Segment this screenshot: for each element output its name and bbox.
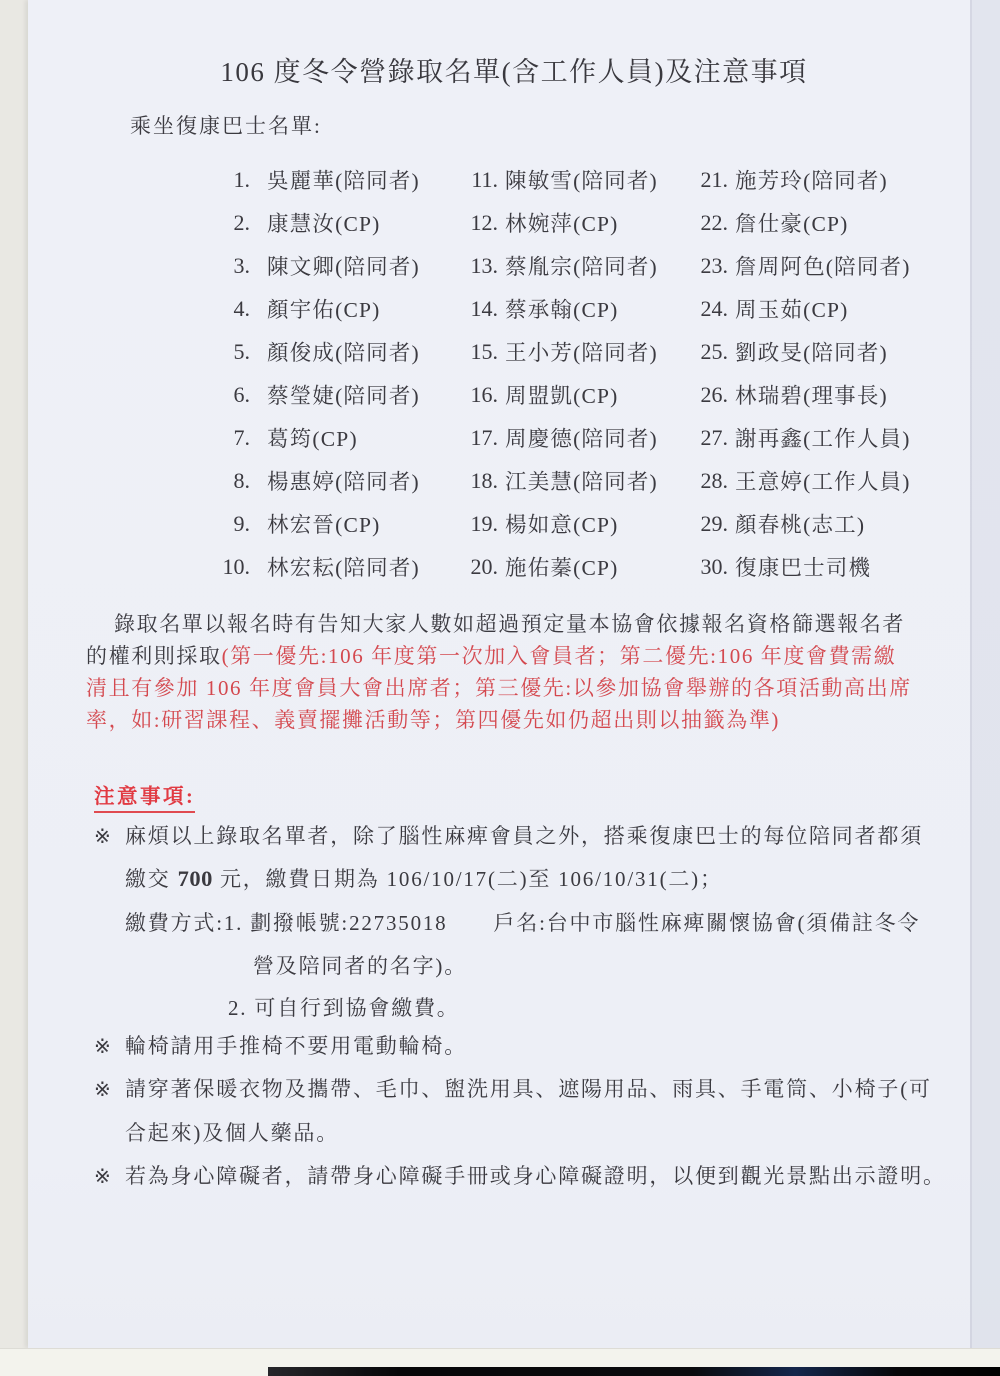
note-disability-id: ※若為身心障礙者，請帶身心障礙手冊或身心障礙證明，以便到觀光景點出示證明。: [94, 1162, 946, 1191]
roster-entry-name: 王意婷(工作人員): [735, 465, 911, 496]
roster-entry: 18. 江美慧(陪同者): [468, 459, 658, 502]
roster-entry-number: 11.: [468, 167, 498, 193]
roster-entry-number: 5.: [218, 339, 250, 365]
roster-entry: 7. 葛筠(CP): [218, 416, 420, 459]
note-fee-line-2: 繳交 700 元，繳費日期為 106/10/17(二)至 106/10/31(二…: [125, 865, 723, 893]
roster-entry-number: 28.: [698, 468, 728, 494]
roster-entry: 13. 蔡胤宗(陪同者): [468, 244, 658, 287]
roster-entry-name: 陳文卿(陪同者): [267, 250, 420, 281]
roster-entry-number: 21.: [698, 167, 728, 193]
admission-line-2: 的權利則採取(第一優先:106 年度第一次加入會員者；第二優先:106 年度會費…: [86, 640, 958, 672]
roster-entry: 21. 施芳玲(陪同者): [698, 158, 911, 201]
roster-entry-number: 14.: [468, 296, 498, 322]
roster-entry-name: 蔡瑩婕(陪同者): [267, 379, 420, 410]
roster-entry-name: 周慶德(陪同者): [505, 422, 658, 453]
roster-entry-name: 王小芳(陪同者): [505, 336, 658, 367]
roster-entry: 25. 劉政旻(陪同者): [698, 330, 911, 373]
note-fee: ※麻煩以上錄取名單者，除了腦性麻痺會員之外，搭乘復康巴士的每位陪同者都須: [94, 822, 923, 851]
note-fee-line-1: 麻煩以上錄取名單者，除了腦性麻痺會員之外，搭乘復康巴士的每位陪同者都須: [125, 824, 923, 848]
roster-entry-name: 復康巴士司機: [735, 551, 871, 582]
roster-entry: 9. 林宏晉(CP): [218, 502, 420, 545]
roster-entry-number: 12.: [468, 210, 498, 236]
roster-entry-number: 3.: [218, 253, 250, 279]
note-wheelchair: ※輪椅請用手推椅不要用電動輪椅。: [94, 1032, 467, 1061]
roster-entry: 2. 康慧汝(CP): [218, 201, 420, 244]
roster-entry: 22. 詹仕豪(CP): [698, 201, 911, 244]
roster-entry-number: 13.: [468, 253, 498, 279]
roster-entry-number: 15.: [468, 339, 498, 365]
roster-entry-number: 29.: [698, 511, 728, 537]
roster-entry-number: 7.: [218, 425, 250, 451]
roster-entry-name: 施佑蓁(CP): [505, 551, 619, 582]
admission-line-2-red: (第一優先:106 年度第一次加入會員者；第二優先:106 年度會費需繳: [222, 644, 897, 668]
roster-entry-name: 林宏晉(CP): [267, 508, 381, 539]
roster-entry: 14. 蔡承翰(CP): [468, 287, 658, 330]
roster-entry: 20. 施佑蓁(CP): [468, 545, 658, 588]
roster-entry: 23. 詹周阿色(陪同者): [698, 244, 911, 287]
reference-mark-icon: ※: [94, 823, 118, 851]
roster-entry-number: 24.: [698, 296, 728, 322]
roster-entry: 29. 顏春桃(志工): [698, 502, 911, 545]
roster-entry-number: 16.: [468, 382, 498, 408]
roster-entry-name: 林瑞碧(理事長): [735, 379, 888, 410]
roster-entry: 3. 陳文卿(陪同者): [218, 244, 420, 287]
admission-line-1: 錄取名單以報名時有告知大家人數如超過預定量本協會依據報名資格篩選報名者: [86, 608, 958, 640]
roster-entry-number: 1.: [218, 167, 250, 193]
roster-entry-number: 19.: [468, 511, 498, 537]
roster-entry-name: 蔡承翰(CP): [505, 293, 619, 324]
roster-entry-name: 詹周阿色(陪同者): [735, 250, 911, 281]
note-belongings-line-1: 請穿著保暖衣物及攜帶、毛巾、盥洗用具、遮陽用品、雨具、手電筒、小椅子(可: [125, 1077, 932, 1101]
roster-column-1: 1. 吳麗華(陪同者) 2. 康慧汝(CP) 3. 陳文卿(陪同者) 4. 顏宇…: [218, 158, 420, 588]
roster-entry: 28. 王意婷(工作人員): [698, 459, 911, 502]
roster-entry: 10. 林宏耘(陪同者): [218, 545, 420, 588]
roster-entry: 17. 周慶德(陪同者): [468, 416, 658, 459]
roster-column-3: 21. 施芳玲(陪同者) 22. 詹仕豪(CP) 23. 詹周阿色(陪同者) 2…: [698, 158, 911, 588]
roster-entry: 15. 王小芳(陪同者): [468, 330, 658, 373]
scanned-document: { "colors": { "red_text": "#d4494f", "he…: [0, 0, 1000, 1376]
roster-entry-number: 18.: [468, 468, 498, 494]
payment-method-2: 2. 可自行到協會繳費。: [228, 994, 460, 1022]
payment-holder-continuation: 營及陪同者的名字)。: [253, 952, 467, 980]
roster-entry: 5. 顏俊成(陪同者): [218, 330, 420, 373]
roster-entry: 4. 顏宇佑(CP): [218, 287, 420, 330]
roster-entry-name: 劉政旻(陪同者): [735, 336, 888, 367]
note-belongings: ※請穿著保暖衣物及攜帶、毛巾、盥洗用具、遮陽用品、雨具、手電筒、小椅子(可: [94, 1075, 932, 1104]
fee-deadline: 元，繳費日期為 106/10/17(二)至 106/10/31(二)；: [213, 867, 723, 891]
roster-entry-name: 詹仕豪(CP): [735, 207, 849, 238]
note-belongings-line-2: 合起來)及個人藥品。: [125, 1119, 339, 1147]
bus-list-heading: 乘坐復康巴士名單:: [130, 110, 322, 140]
roster-entry-number: 27.: [698, 425, 728, 451]
roster-entry: 27. 謝再鑫(工作人員): [698, 416, 911, 459]
admission-line-4: 率，如:研習課程、義賣擺攤活動等；第四優先如仍超出則以抽籤為準): [86, 704, 958, 736]
page-title: 106 度冬令營錄取名單(含工作人員)及注意事項: [28, 50, 1000, 89]
fee-amount-prefix: 繳交: [125, 867, 178, 891]
roster-entry-number: 9.: [218, 511, 250, 537]
roster-entry-number: 25.: [698, 339, 728, 365]
document-page: 106 度冬令營錄取名單(含工作人員)及注意事項 乘坐復康巴士名單: 1. 吳麗…: [28, 0, 1000, 1348]
roster-entry-name: 康慧汝(CP): [267, 207, 381, 238]
notes-section-heading: 注意事項:: [94, 779, 195, 813]
roster-entry-name: 蔡胤宗(陪同者): [505, 250, 658, 281]
roster-entry-name: 顏春桃(志工): [735, 508, 865, 539]
scan-edge-black-band: [268, 1367, 1000, 1376]
roster-entry-name: 周玉茹(CP): [735, 293, 849, 324]
roster-entry: 6. 蔡瑩婕(陪同者): [218, 373, 420, 416]
roster-entry: 19. 楊如意(CP): [468, 502, 658, 545]
reference-mark-icon: ※: [94, 1033, 118, 1061]
admission-priority-paragraph: 錄取名單以報名時有告知大家人數如超過預定量本協會依據報名資格篩選報名者 的權利則…: [86, 608, 958, 736]
roster-entry-name: 顏俊成(陪同者): [267, 336, 420, 367]
page-right-edge-shade: [972, 0, 1000, 1348]
roster-entry: 24. 周玉茹(CP): [698, 287, 911, 330]
roster-entry-number: 22.: [698, 210, 728, 236]
roster-entry: 26. 林瑞碧(理事長): [698, 373, 911, 416]
roster-entry-name: 江美慧(陪同者): [505, 465, 658, 496]
roster-entry: 1. 吳麗華(陪同者): [218, 158, 420, 201]
roster-entry: 12. 林婉萍(CP): [468, 201, 658, 244]
roster-entry-name: 謝再鑫(工作人員): [735, 422, 911, 453]
roster-entry: 11. 陳敏雪(陪同者): [468, 158, 658, 201]
roster-entry-number: 30.: [698, 554, 728, 580]
fee-amount: 700: [178, 866, 213, 891]
roster-entry-number: 10.: [218, 554, 250, 580]
payment-account-holder: 戶名:台中市腦性麻痺關懷協會(須備註冬令: [493, 909, 920, 937]
roster-entry-number: 20.: [468, 554, 498, 580]
roster-entry-name: 葛筠(CP): [267, 422, 358, 453]
roster-entry-number: 6.: [218, 382, 250, 408]
admission-line-3: 清且有參加 106 年度會員大會出席者；第三優先:以參加協會舉辦的各項活動高出席: [86, 672, 958, 704]
roster-entry-name: 周盟凱(CP): [505, 379, 619, 410]
roster-entry-name: 陳敏雪(陪同者): [505, 164, 658, 195]
roster-column-2: 11. 陳敏雪(陪同者) 12. 林婉萍(CP) 13. 蔡胤宗(陪同者) 14…: [468, 158, 658, 588]
roster-entry-name: 吳麗華(陪同者): [267, 164, 420, 195]
roster-entry-name: 顏宇佑(CP): [267, 293, 381, 324]
payment-method-line: 繳費方式:1. 劃撥帳號:22735018 戶名:台中市腦性麻痺關懷協會(須備註…: [125, 909, 920, 937]
roster-entry-number: 23.: [698, 253, 728, 279]
roster-entry: 30. 復康巴士司機: [698, 545, 911, 588]
note-disability-id-text: 若為身心障礙者，請帶身心障礙手冊或身心障礙證明，以便到觀光景點出示證明。: [125, 1164, 946, 1188]
roster-entry-name: 林婉萍(CP): [505, 207, 619, 238]
roster-entry-name: 林宏耘(陪同者): [267, 551, 420, 582]
payment-account: 繳費方式:1. 劃撥帳號:22735018: [125, 909, 447, 937]
roster-entry-name: 楊如意(CP): [505, 508, 619, 539]
reference-mark-icon: ※: [94, 1076, 118, 1104]
roster-entry: 16. 周盟凱(CP): [468, 373, 658, 416]
note-wheelchair-text: 輪椅請用手推椅不要用電動輪椅。: [125, 1034, 467, 1058]
roster-entry-name: 楊惠婷(陪同者): [267, 465, 420, 496]
roster-entry-number: 4.: [218, 296, 250, 322]
roster-entry-number: 8.: [218, 468, 250, 494]
admission-line-2-black: 的權利則採取: [86, 644, 222, 668]
roster-entry-number: 26.: [698, 382, 728, 408]
roster-entry: 8. 楊惠婷(陪同者): [218, 459, 420, 502]
roster-entry-number: 2.: [218, 210, 250, 236]
roster-entry-name: 施芳玲(陪同者): [735, 164, 888, 195]
reference-mark-icon: ※: [94, 1163, 118, 1191]
roster-entry-number: 17.: [468, 425, 498, 451]
